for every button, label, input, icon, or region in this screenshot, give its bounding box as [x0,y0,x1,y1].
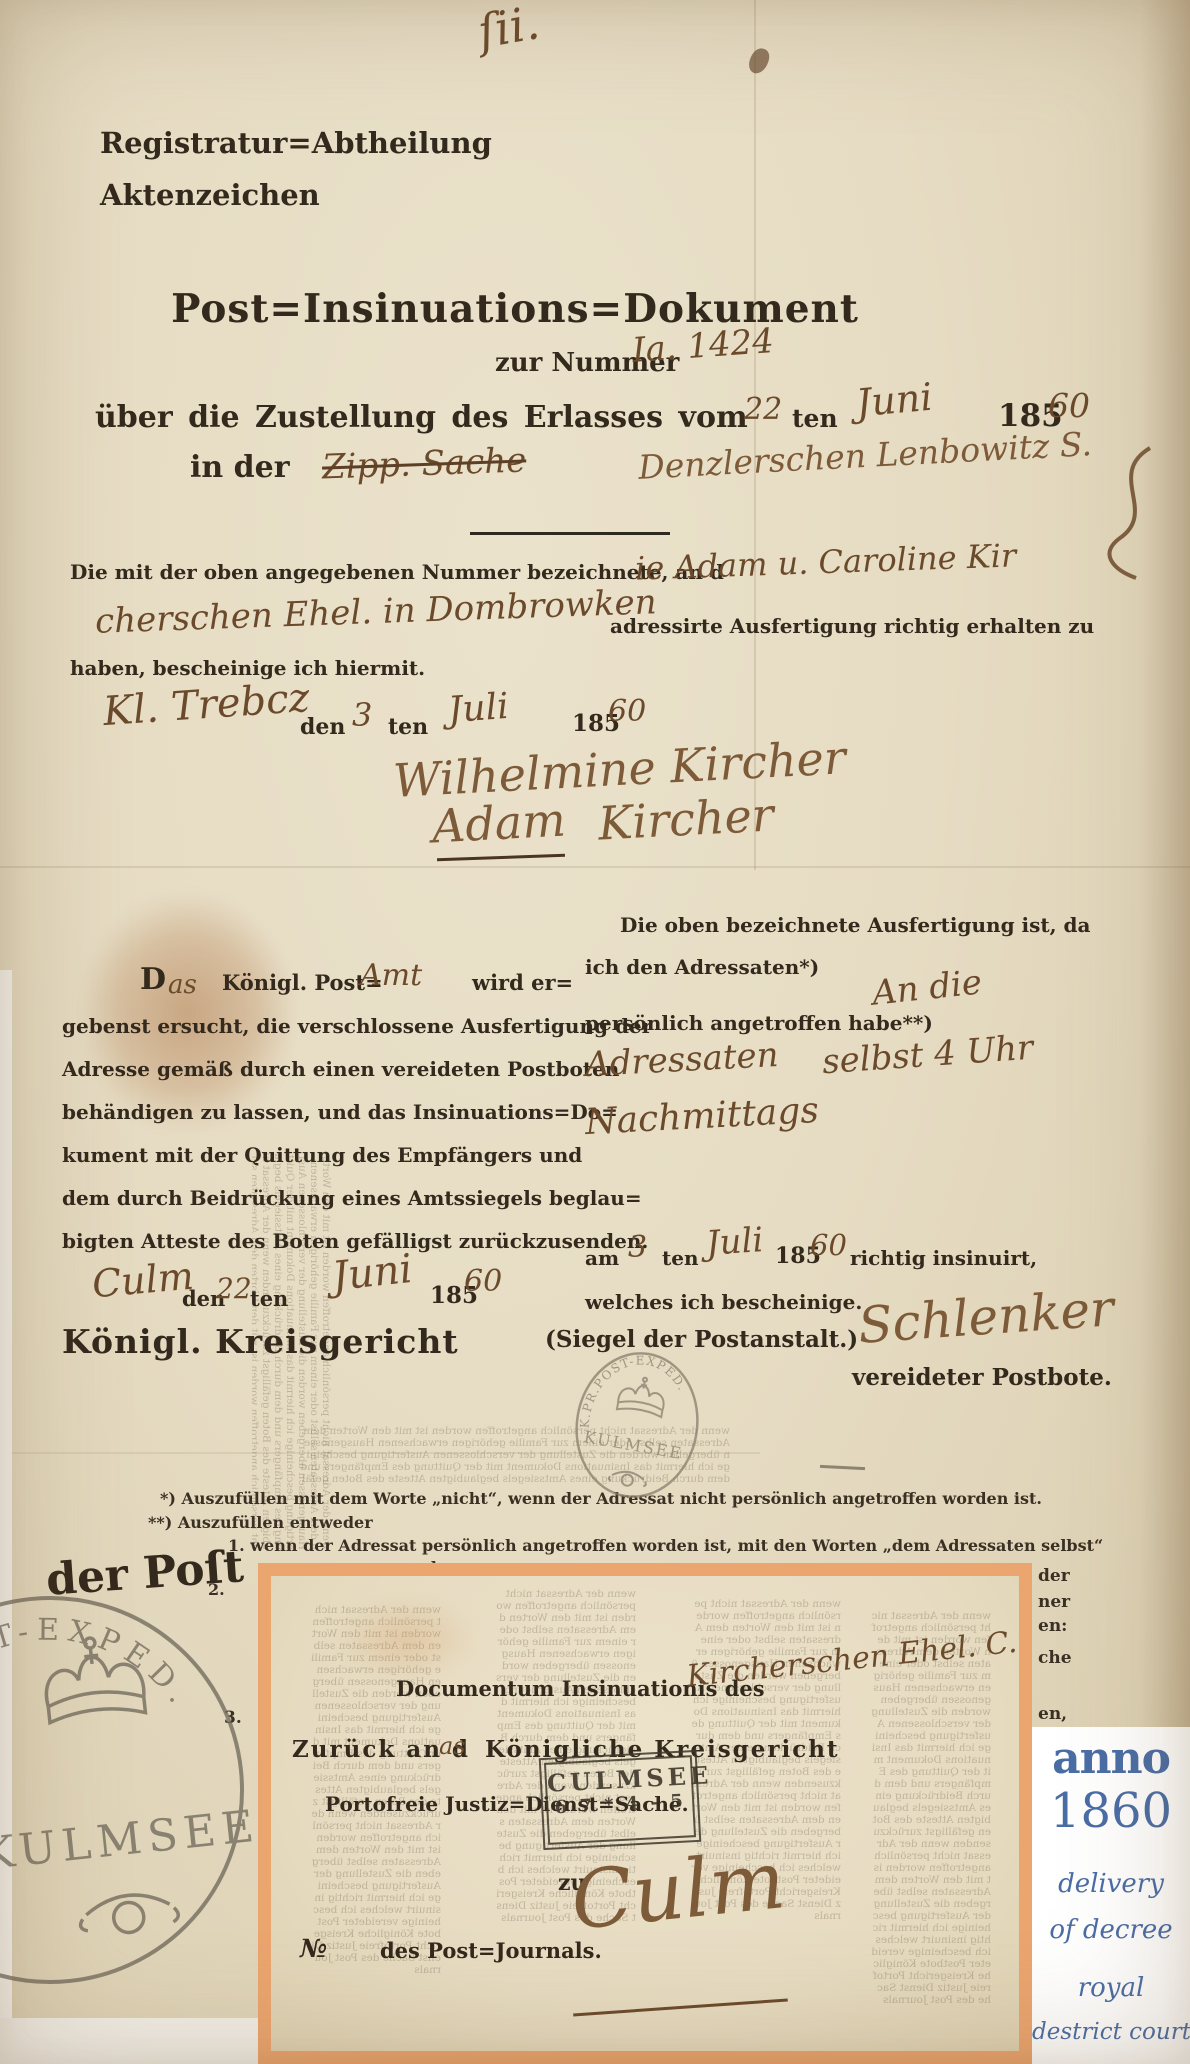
inset-document: wenn der Adressat nicht persönlich anget… [258,1563,1032,2064]
day-handwritten: 22 [216,1272,252,1305]
receipt-line2: adressirte Ausfertigung richtig erhalten… [610,614,1094,638]
signature-adam-first: Adam [431,793,567,854]
seal-stain [80,895,295,1130]
amt-handwritten: Amt [360,958,422,993]
documentum-handwritten: Kircherschen Ehel. C. [685,1625,1019,1694]
das-handwritten: as [168,970,197,1000]
text-fragment: en, [1038,1704,1067,1724]
day-handwritten: 3 [352,696,372,734]
scan-backing-corner [0,2018,258,2064]
annotation-line: destrict court [1032,2019,1190,2045]
anno-year: 1860 [1032,1783,1190,1839]
year-handwritten: 60 [608,694,646,729]
document-scan: wenn der Adressat nicht persönlich anget… [0,0,1190,2064]
attest-line3: persönlich angetroffen habe**) [585,1011,933,1035]
kulmsee-oval-stamp: K.PR.POST-EXPED. KULMSEE [543,1322,732,1527]
request-line: gebenst ersucht, die verschlossene Ausfe… [62,1014,577,1038]
ten-suffix: ten [662,1246,699,1270]
posthorn-icon [608,1469,647,1489]
receipt-line1: Die mit der oben angegebenen Nummer beze… [70,560,724,584]
year-handwritten: 60 [464,1264,502,1299]
separator-rule [470,532,670,535]
journal-label: des Post=Journals. [380,1938,602,1963]
posthorn-icon [78,1890,180,1937]
text-fragment: en: [1038,1616,1067,1636]
struck-handwriting: Zipp. Sache [321,440,527,487]
culm-handwritten: Culm [90,1254,195,1307]
annotation-line: royal [1032,1973,1190,2003]
inset-stain [331,1594,481,1684]
request-line: Adresse gemäß durch einen vereideten Pos… [62,1057,577,1081]
ten-suffix: ten [388,714,428,740]
month-handwritten: Juli [447,686,510,731]
file-mark-handwritten: ſii. [474,0,544,59]
day-handwritten: 3 [628,1230,647,1265]
postbote-caption: vereideter Postbote. [852,1364,1112,1391]
kulmsee-round-stamp: K.PR.POST-EXPED. KULMSEE [0,1580,260,2000]
month-handwritten: Juni [854,375,934,425]
registratur-line: Registratur=Abtheilung [100,126,492,160]
culmsee-box-stamp: CULMSEE 6 7 * 4 - 5 [539,1750,702,1850]
culm-handwritten-large: Culm [567,1833,790,1948]
anno-label: anno [1032,1733,1190,1784]
attest-line5: welches ich bescheinige. [585,1290,862,1314]
day-handwritten: 22 [744,392,782,427]
year-handwritten: 60 [1048,386,1090,425]
wird-er-label: wird er= [472,970,573,995]
culm-underline-flourish [573,1999,788,2017]
ten-suffix: ten [792,404,838,433]
pen-flourish [1092,440,1172,590]
zurueck-handwritten: as [439,1732,466,1760]
request-line: dem durch Beidrückung eines Amtssiegels … [62,1186,577,1210]
journal-number-sign: № [300,1934,327,1963]
receipt-line3: haben, bescheinige ich hiermit. [70,656,425,680]
text-fragment: der [1038,1566,1070,1586]
signature-adam-last: Kircher [597,787,775,850]
month-handwritten: Juni [330,1246,415,1300]
request-line: bigten Atteste des Boten gefälligst zurü… [62,1229,577,1253]
koenigl-post-label: Königl. Post= [222,970,383,995]
text-fragment: ner [1038,1592,1070,1612]
horizontal-fold-crease [0,866,1190,868]
svg-text:K.PR.POST-EXPED.: K.PR.POST-EXPED. [0,1597,210,1827]
crown-icon [617,1374,668,1417]
ten-suffix: ten [250,1286,288,1311]
svg-text:KULMSEE: KULMSEE [582,1427,684,1463]
attest-line1: Die oben bezeichnete Ausfertigung ist, d… [620,913,972,937]
month-handwritten: Juli [705,1220,765,1264]
year-handwritten: 60 [810,1228,847,1262]
aktenzeichen-line: Aktenzeichen [100,178,320,212]
attest-line4: richtig insinuirt, [850,1246,1037,1270]
zustellung-line: über die Zustellung des Erlasses vom [95,400,748,435]
court-name: Königl. Kreisgericht [62,1322,459,1361]
svg-text:KULMSEE: KULMSEE [0,1800,260,1880]
request-line: behändigen zu lassen, und das Insinuatio… [62,1100,577,1124]
collector-annotation: anno 1860 delivery of decree royal destr… [1032,1727,1190,2064]
attest-line2: ich den Adressaten*) [585,955,819,979]
text-fragment: che [1038,1648,1072,1668]
annotation-line: delivery [1032,1869,1190,1899]
am-label: am [585,1246,619,1270]
footnote-line: **) Auszufüllen entweder [148,1513,373,1532]
request-line: kument mit der Quittung des Empfängers u… [62,1143,577,1167]
page-edge-shadow [1140,0,1190,1727]
footnote-line: 1. wenn der Adressat persönlich angetrof… [228,1536,1103,1555]
request-initial: D [140,962,166,997]
annotation-line: of decree [1032,1915,1190,1945]
document-title: Post=Insinuations=Dokument [120,286,910,332]
in-der-label: in der [190,450,290,485]
